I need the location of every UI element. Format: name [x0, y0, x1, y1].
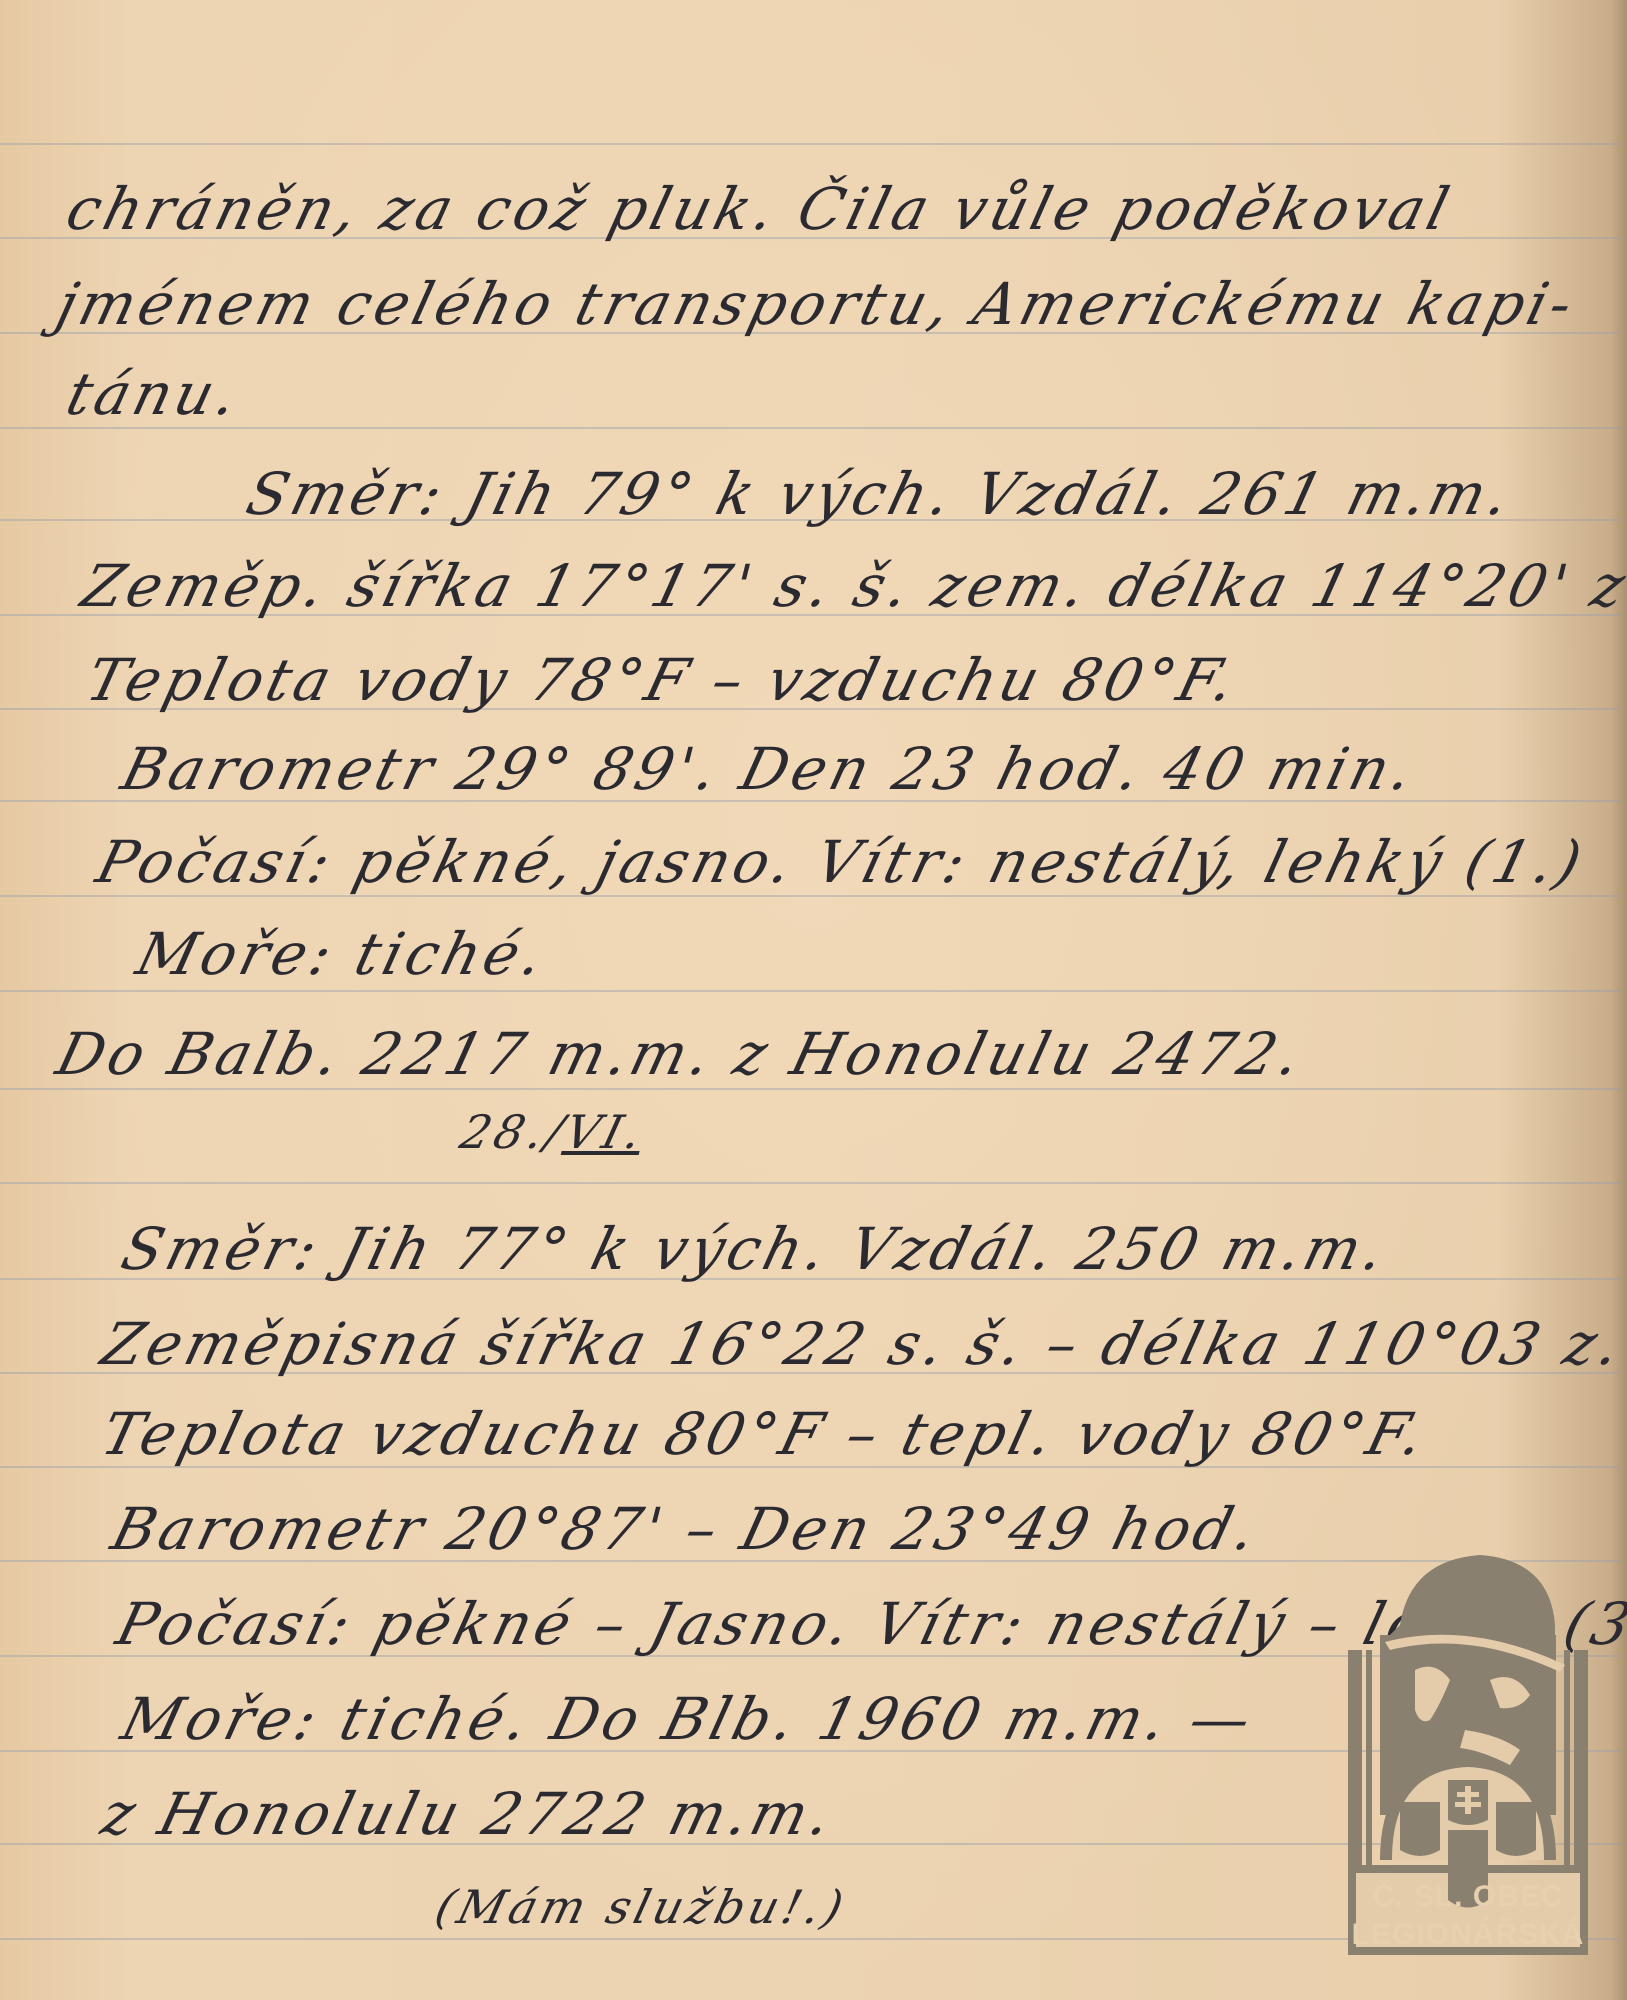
legionary-stamp: Č. SL. OBEC LEGIONÁŘSKÁ — [1340, 1530, 1596, 1960]
closing-note: (Mám službu!.) — [430, 1880, 852, 1934]
log-direction: Směr: Jih 79° k vých. Vzdál. 261 m.m. — [240, 460, 1520, 528]
handwritten-line: chráněn, za což pluk. Čila vůle poděkova… — [60, 175, 1459, 243]
stamp-text-line2: LEGIONÁŘSKÁ — [1340, 1918, 1596, 1952]
log-direction: Směr: Jih 77° k vých. Vzdál. 250 m.m. — [115, 1215, 1395, 1283]
handwritten-line: jménem celého transportu, Americkému kap… — [50, 270, 1583, 338]
log-barometer: Barometr 20°87' – Den 23°49 hod. — [105, 1495, 1267, 1563]
log-temperature: Teplota vzduchu 80°F – tepl. vody 80°F. — [95, 1400, 1434, 1468]
date-day: 28./ — [455, 1105, 573, 1159]
ruled-line — [0, 143, 1620, 145]
ruled-line — [0, 427, 1620, 429]
log-weather: Počasí: pěkné, jasno. Vítr: nestálý, leh… — [90, 828, 1592, 896]
log-coordinates: Zeměpisná šířka 16°22 s. š. – délka 110°… — [95, 1310, 1627, 1378]
date-month: VI. — [560, 1105, 651, 1159]
log-sea-distance: Moře: tiché. Do Blb. 1960 m.m. — — [115, 1685, 1262, 1753]
log-distance: Do Balb. 2217 m.m. z Honolulu 2472. — [50, 1020, 1311, 1088]
ruled-line — [0, 990, 1620, 992]
log-barometer: Barometr 29° 89'. Den 23 hod. 40 min. — [115, 735, 1423, 803]
log-temperature: Teplota vody 78°F – vzduchu 80°F. — [80, 646, 1245, 714]
notebook-page: chráněn, za což pluk. Čila vůle poděkova… — [0, 0, 1627, 2000]
handwritten-line: tánu. — [60, 360, 248, 428]
log-distance-honolulu: z Honolulu 2722 m.m. — [95, 1780, 842, 1848]
log-sea: Moře: tiché. — [130, 920, 554, 988]
date-heading: 28./VI. — [455, 1105, 651, 1159]
stamp-text-line1: Č. SL. OBEC — [1340, 1880, 1596, 1914]
log-coordinates: Zeměp. šířka 17°17' s. š. zem. délka 114… — [75, 552, 1627, 620]
ruled-line — [0, 1182, 1620, 1184]
ruled-line — [0, 1088, 1620, 1090]
